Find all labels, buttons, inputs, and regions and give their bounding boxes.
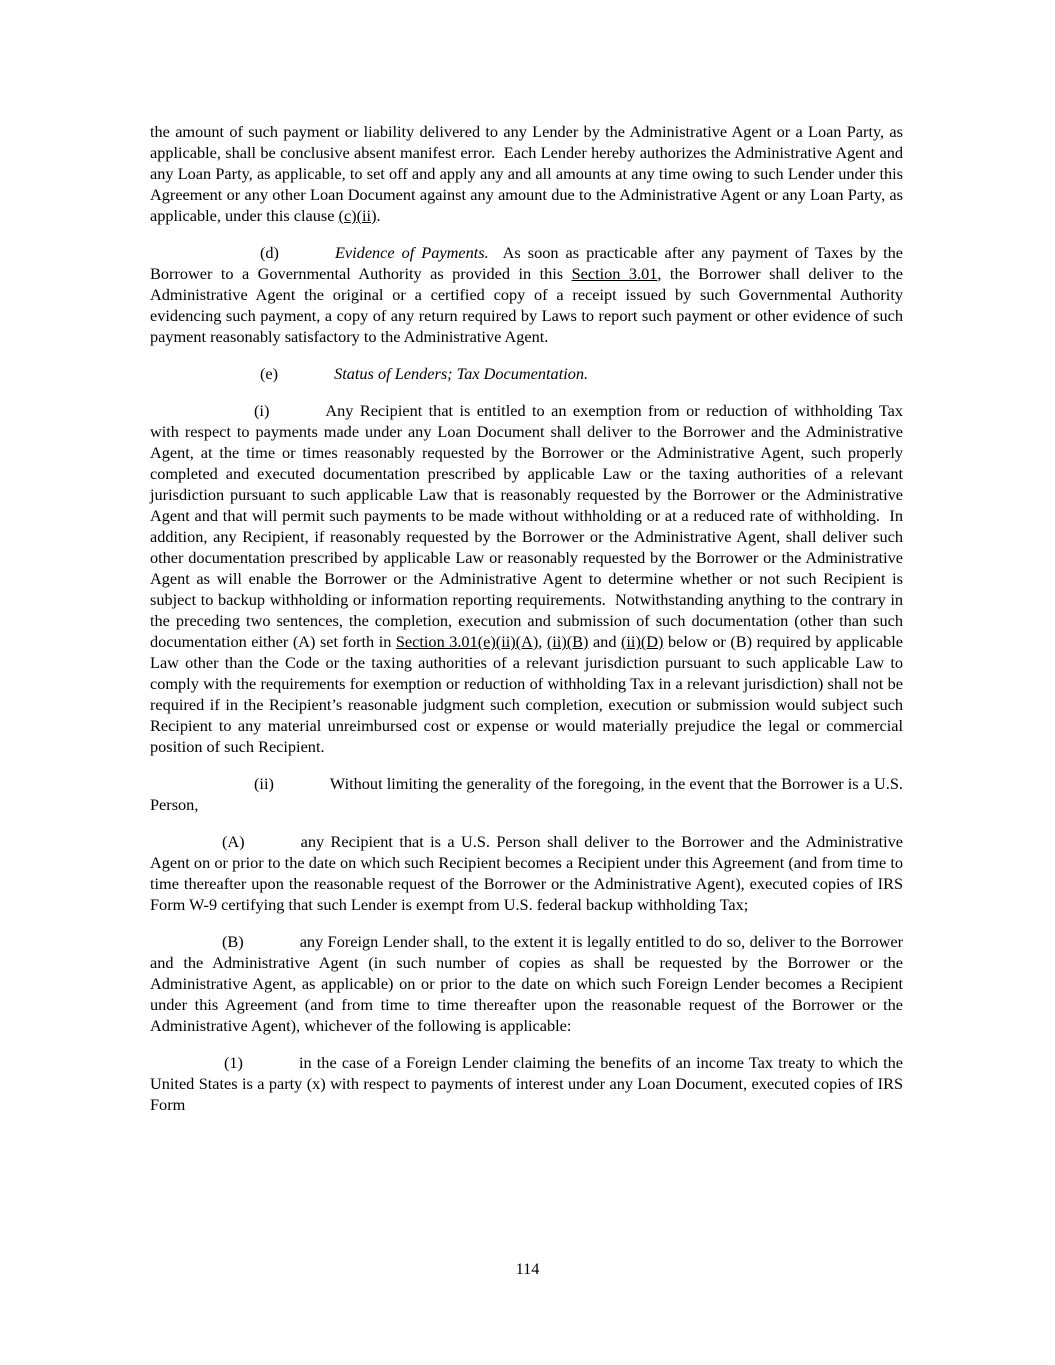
text-segment: Any Recipient that is entitled to an exe… <box>150 401 903 651</box>
paragraph-e-i: (i)Any Recipient that is entitled to an … <box>150 400 903 757</box>
text-segment: the amount of such payment or liability … <box>150 122 903 225</box>
page-number: 114 <box>0 1258 1055 1279</box>
text-segment: any Foreign Lender shall, to the extent … <box>150 932 903 1035</box>
cross-reference-section-3-01: Section 3.01 <box>572 264 658 283</box>
clause-label-e: (e) <box>260 364 278 383</box>
document-body: the amount of such payment or liability … <box>150 121 903 1131</box>
paragraph-e-ii-B-1: (1)in the case of a Foreign Lender claim… <box>150 1052 903 1115</box>
clause-heading-evidence-of-payments: Evidence of Payments. <box>335 243 489 262</box>
text-segment: , <box>538 632 547 651</box>
cross-reference-ii-d: (ii)(D) <box>621 632 664 651</box>
paragraph-e-ii-B: (B)any Foreign Lender shall, to the exte… <box>150 931 903 1036</box>
paragraph-e-ii-A: (A)any Recipient that is a U.S. Person s… <box>150 831 903 915</box>
paragraph-d-evidence-of-payments: (d)Evidence of Payments. As soon as prac… <box>150 242 903 347</box>
text-segment: and <box>588 632 621 651</box>
clause-label-i: (i) <box>254 401 269 420</box>
clause-label-a: (A) <box>222 832 245 851</box>
text-segment: any Recipient that is a U.S. Person shal… <box>150 832 903 914</box>
heading-e-status-of-lenders: (e)Status of Lenders; Tax Documentation. <box>150 363 903 384</box>
cross-reference-ii-b: (ii)(B) <box>547 632 589 651</box>
paragraph-e-ii: (ii)Without limiting the generality of t… <box>150 773 903 815</box>
clause-label-d: (d) <box>260 243 279 262</box>
text-segment: in the case of a Foreign Lender claiming… <box>150 1053 903 1114</box>
cross-reference-c-ii: (c)(ii) <box>339 206 377 225</box>
clause-label-b: (B) <box>222 932 244 951</box>
cross-reference-section-3-01-e-ii-a: Section 3.01(e)(ii)(A) <box>396 632 538 651</box>
paragraph-c-ii-continuation: the amount of such payment or liability … <box>150 121 903 226</box>
document-page: the amount of such payment or liability … <box>0 0 1055 1365</box>
clause-label-ii: (ii) <box>254 774 274 793</box>
clause-label-1: (1) <box>224 1053 243 1072</box>
clause-heading-status-of-lenders: Status of Lenders; Tax Documentation. <box>334 364 588 383</box>
text-segment: . <box>377 206 381 225</box>
